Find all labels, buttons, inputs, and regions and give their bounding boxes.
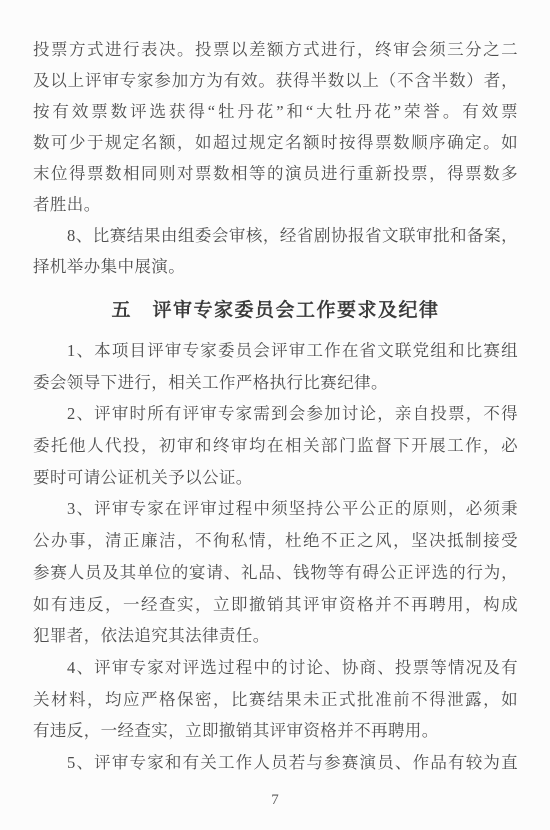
paragraph-block-before-heading: 投票方式进行表决。投票以差额方式进行，终审会须三分之二 及以上评审专家参加方为有… bbox=[33, 34, 518, 282]
paragraph-block-after-heading: 1、本项目评审专家委员会评审工作在省文联党组和比赛组 委会领导下进行，相关工作严… bbox=[33, 335, 518, 779]
page-number: 7 bbox=[0, 792, 550, 809]
document-line: 犯罪者，依法追究其法律责任。 bbox=[33, 620, 518, 652]
document-line: 末位得票数相同则对票数相等的演员进行重新投票，得票数多 bbox=[33, 158, 518, 189]
document-line: 择机举办集中展演。 bbox=[33, 251, 518, 282]
document-line: 及以上评审专家参加方为有效。获得半数以上（不含半数）者， bbox=[33, 65, 518, 96]
document-line: 参赛人员及其单位的宴请、礼品、钱物等有碍公正评选的行为， bbox=[33, 557, 518, 589]
document-line: 2、评审时所有评审专家需到会参加讨论，亲自投票，不得 bbox=[33, 398, 518, 430]
document-line: 1、本项目评审专家委员会评审工作在省文联党组和比赛组 bbox=[33, 335, 518, 367]
document-line: 5、评审专家和有关工作人员若与参赛演员、作品有较为直 bbox=[33, 747, 518, 779]
document-line: 如有违反，一经查实，立即撤销其评审资格并不再聘用，构成 bbox=[33, 589, 518, 621]
document-line: 公办事，清正廉洁，不徇私情，杜绝不正之风，坚决抵制接受 bbox=[33, 525, 518, 557]
document-line: 关材料，均应严格保密，比赛结果未正式批准前不得泄露，如 bbox=[33, 684, 518, 716]
document-page: 投票方式进行表决。投票以差额方式进行，终审会须三分之二 及以上评审专家参加方为有… bbox=[33, 34, 518, 779]
document-line: 委会领导下进行，相关工作严格执行比赛纪律。 bbox=[33, 367, 518, 399]
document-line: 3、评审专家在评审过程中须坚持公平公正的原则，必须秉 bbox=[33, 493, 518, 525]
document-line: 数可少于规定名额，如超过规定名额时按得票数顺序确定。如 bbox=[33, 127, 518, 158]
document-line: 8、比赛结果由组委会审核，经省剧协报省文联审批和备案， bbox=[33, 220, 518, 251]
document-line: 者胜出。 bbox=[33, 189, 518, 220]
document-line: 4、评审专家对评选过程中的讨论、协商、投票等情况及有 bbox=[33, 652, 518, 684]
document-line: 投票方式进行表决。投票以差额方式进行，终审会须三分之二 bbox=[33, 34, 518, 65]
document-line: 委托他人代投，初审和终审均在相关部门监督下开展工作，必 bbox=[33, 430, 518, 462]
document-line: 按有效票数评选获得“牡丹花”和“大牡丹花”荣誉。有效票 bbox=[33, 96, 518, 127]
document-line: 有违反，一经查实，立即撤销其评审资格并不再聘用。 bbox=[33, 715, 518, 747]
document-line: 要时可请公证机关予以公证。 bbox=[33, 462, 518, 494]
section-heading: 五 评审专家委员会工作要求及纪律 bbox=[33, 295, 518, 327]
